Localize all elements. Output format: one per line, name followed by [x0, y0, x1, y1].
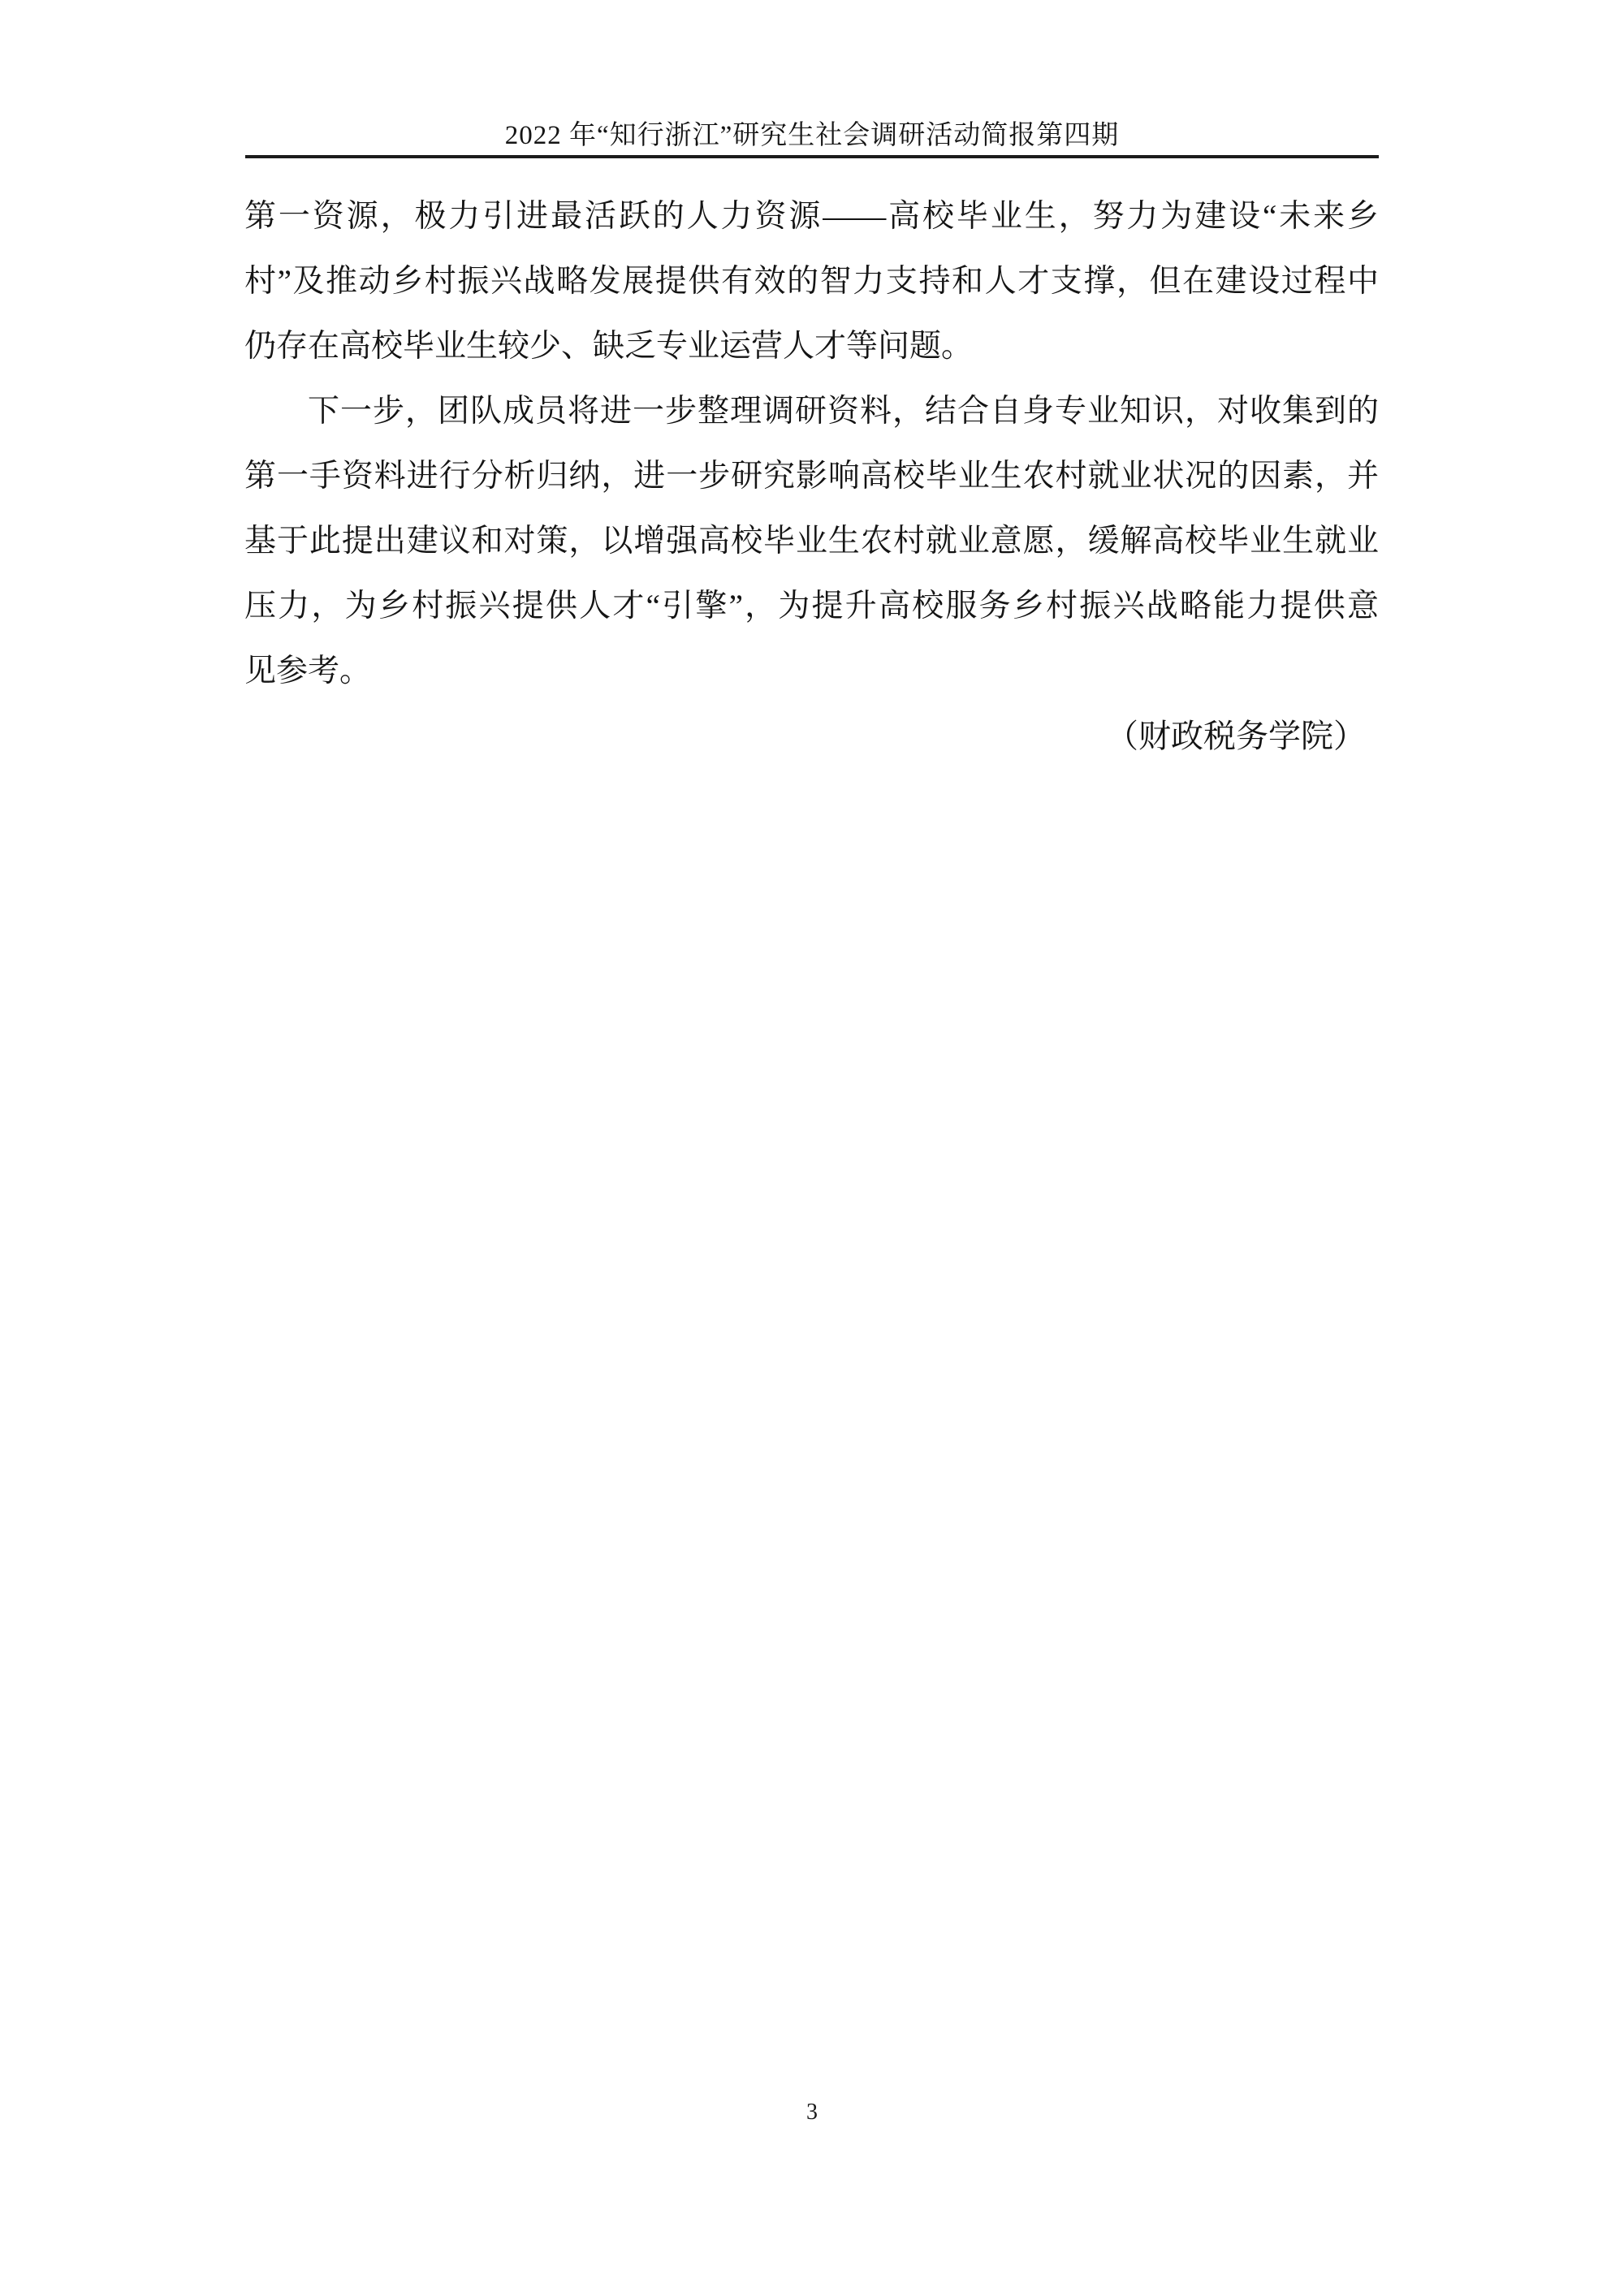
body-text-line: 压力，为乡村振兴提供人才“引擎”，为提升高校服务乡村振兴战略能力提供意: [244, 574, 1379, 639]
body-text-line: 村”及推动乡村振兴战略发展提供有效的智力支持和人才支撑，但在建设过程中: [244, 249, 1379, 314]
body-text-line: 仍存在高校毕业生较少、缺乏专业运营人才等问题。: [244, 314, 1379, 379]
body-text-line: 第一手资料进行分析归纳，进一步研究影响高校毕业生农村就业状况的因素，并: [244, 444, 1379, 509]
attribution: （财政税务学院）: [244, 704, 1366, 769]
page-number: 3: [0, 2096, 1624, 2129]
body-text-line: 下一步，团队成员将进一步整理调研资料，结合自身专业知识，对收集到的: [244, 379, 1379, 444]
document-body: 第一资源，极力引进最活跃的人力资源——高校毕业生，努力为建设“未来乡村”及推动乡…: [244, 184, 1379, 704]
header-rule: [245, 155, 1379, 158]
body-text-line: 见参考。: [244, 639, 1379, 704]
document-page: 2022 年“知行浙江”研究生社会调研活动简报第四期 第一资源，极力引进最活跃的…: [0, 0, 1624, 2296]
page-header-title: 2022 年“知行浙江”研究生社会调研活动简报第四期: [245, 119, 1379, 153]
body-text-line: 第一资源，极力引进最活跃的人力资源——高校毕业生，努力为建设“未来乡: [244, 184, 1379, 249]
body-text-line: 基于此提出建议和对策，以增强高校毕业生农村就业意愿，缓解高校毕业生就业: [244, 509, 1379, 574]
